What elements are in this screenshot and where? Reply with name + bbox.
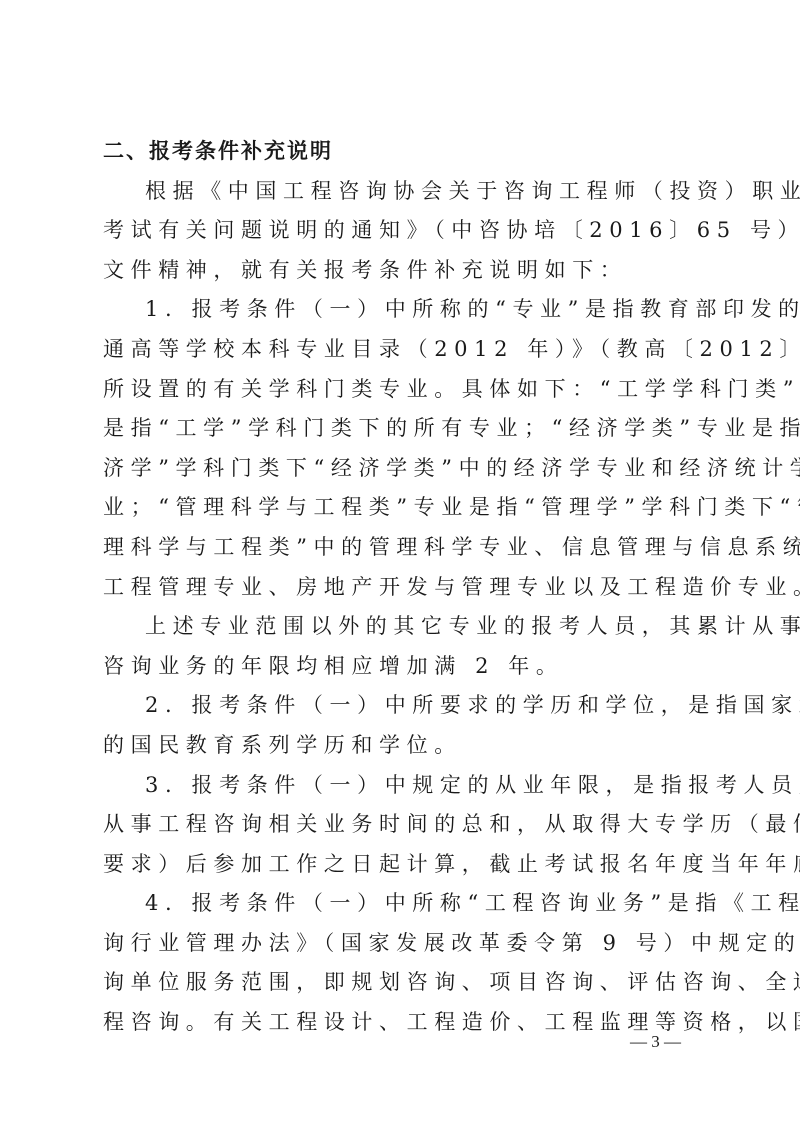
text-line: 要求）后参加工作之日起计算，截止考试报名年度当年年底。 [103,845,699,885]
text-line: 业；“管理科学与工程类”专业是指“管理学”学科门类下“管 [103,488,699,528]
text-line: 考试有关问题说明的通知》（中咨协培〔2016〕65 号）及最新 [103,211,699,251]
paragraph-other-majors: 上述专业范围以外的其它专业的报考人员，其累计从事工程 咨询业务的年限均相应增加满… [103,607,699,686]
text-line: 根据《中国工程咨询协会关于咨询工程师（投资）职业资格 [103,172,699,212]
text-line: 询单位服务范围，即规划咨询、项目咨询、评估咨询、全过程工 [103,963,699,1003]
text-line: 济学”学科门类下“经济学类”中的经济学专业和经济统计学专 [103,449,699,489]
page-number: — 3 — [630,1032,681,1052]
paragraph-intro: 根据《中国工程咨询协会关于咨询工程师（投资）职业资格 考试有关问题说明的通知》（… [103,172,699,291]
section-heading: 二、报考条件补充说明 [103,132,699,172]
paragraph-item-3: 3. 报考条件（一）中规定的从业年限，是指报考人员累计 从事工程咨询相关业务时间… [103,766,699,885]
paragraph-item-1: 1. 报考条件（一）中所称的“专业”是指教育部印发的《普 通高等学校本科专业目录… [103,290,699,607]
text-line: 从事工程咨询相关业务时间的总和，从取得大专学历（最低学历 [103,805,699,845]
text-line: 是指“工学”学科门类下的所有专业；“经济学类”专业是指“经 [103,409,699,449]
text-line: 2. 报考条件（一）中所要求的学历和学位，是指国家承认 [103,686,699,726]
paragraph-item-4: 4. 报考条件（一）中所称“工程咨询业务”是指《工程咨 询行业管理办法》（国家发… [103,884,699,1042]
text-line: 咨询业务的年限均相应增加满 2 年。 [103,647,699,687]
text-line: 的国民教育系列学历和学位。 [103,726,699,766]
text-line: 1. 报考条件（一）中所称的“专业”是指教育部印发的《普 [103,290,699,330]
text-line: 询行业管理办法》（国家发展改革委令第 9 号）中规定的工程咨 [103,924,699,964]
text-line: 通高等学校本科专业目录（2012 年）》（教高〔2012〕9 号）中 [103,330,699,370]
text-line: 4. 报考条件（一）中所称“工程咨询业务”是指《工程咨 [103,884,699,924]
text-line: 工程管理专业、房地产开发与管理专业以及工程造价专业。 [103,568,699,608]
text-line: 文件精神，就有关报考条件补充说明如下： [103,251,699,291]
text-line: 程咨询。有关工程设计、工程造价、工程监理等资格，以国务院 [103,1003,699,1043]
document-page: 二、报考条件补充说明 根据《中国工程咨询协会关于咨询工程师（投资）职业资格 考试… [103,132,699,1043]
text-line: 3. 报考条件（一）中规定的从业年限，是指报考人员累计 [103,766,699,806]
text-line: 上述专业范围以外的其它专业的报考人员，其累计从事工程 [103,607,699,647]
text-line: 理科学与工程类”中的管理科学专业、信息管理与信息系统专业、 [103,528,699,568]
text-line: 所设置的有关学科门类专业。具体如下：“工学学科门类”专业 [103,370,699,410]
paragraph-item-2: 2. 报考条件（一）中所要求的学历和学位，是指国家承认 的国民教育系列学历和学位… [103,686,699,765]
